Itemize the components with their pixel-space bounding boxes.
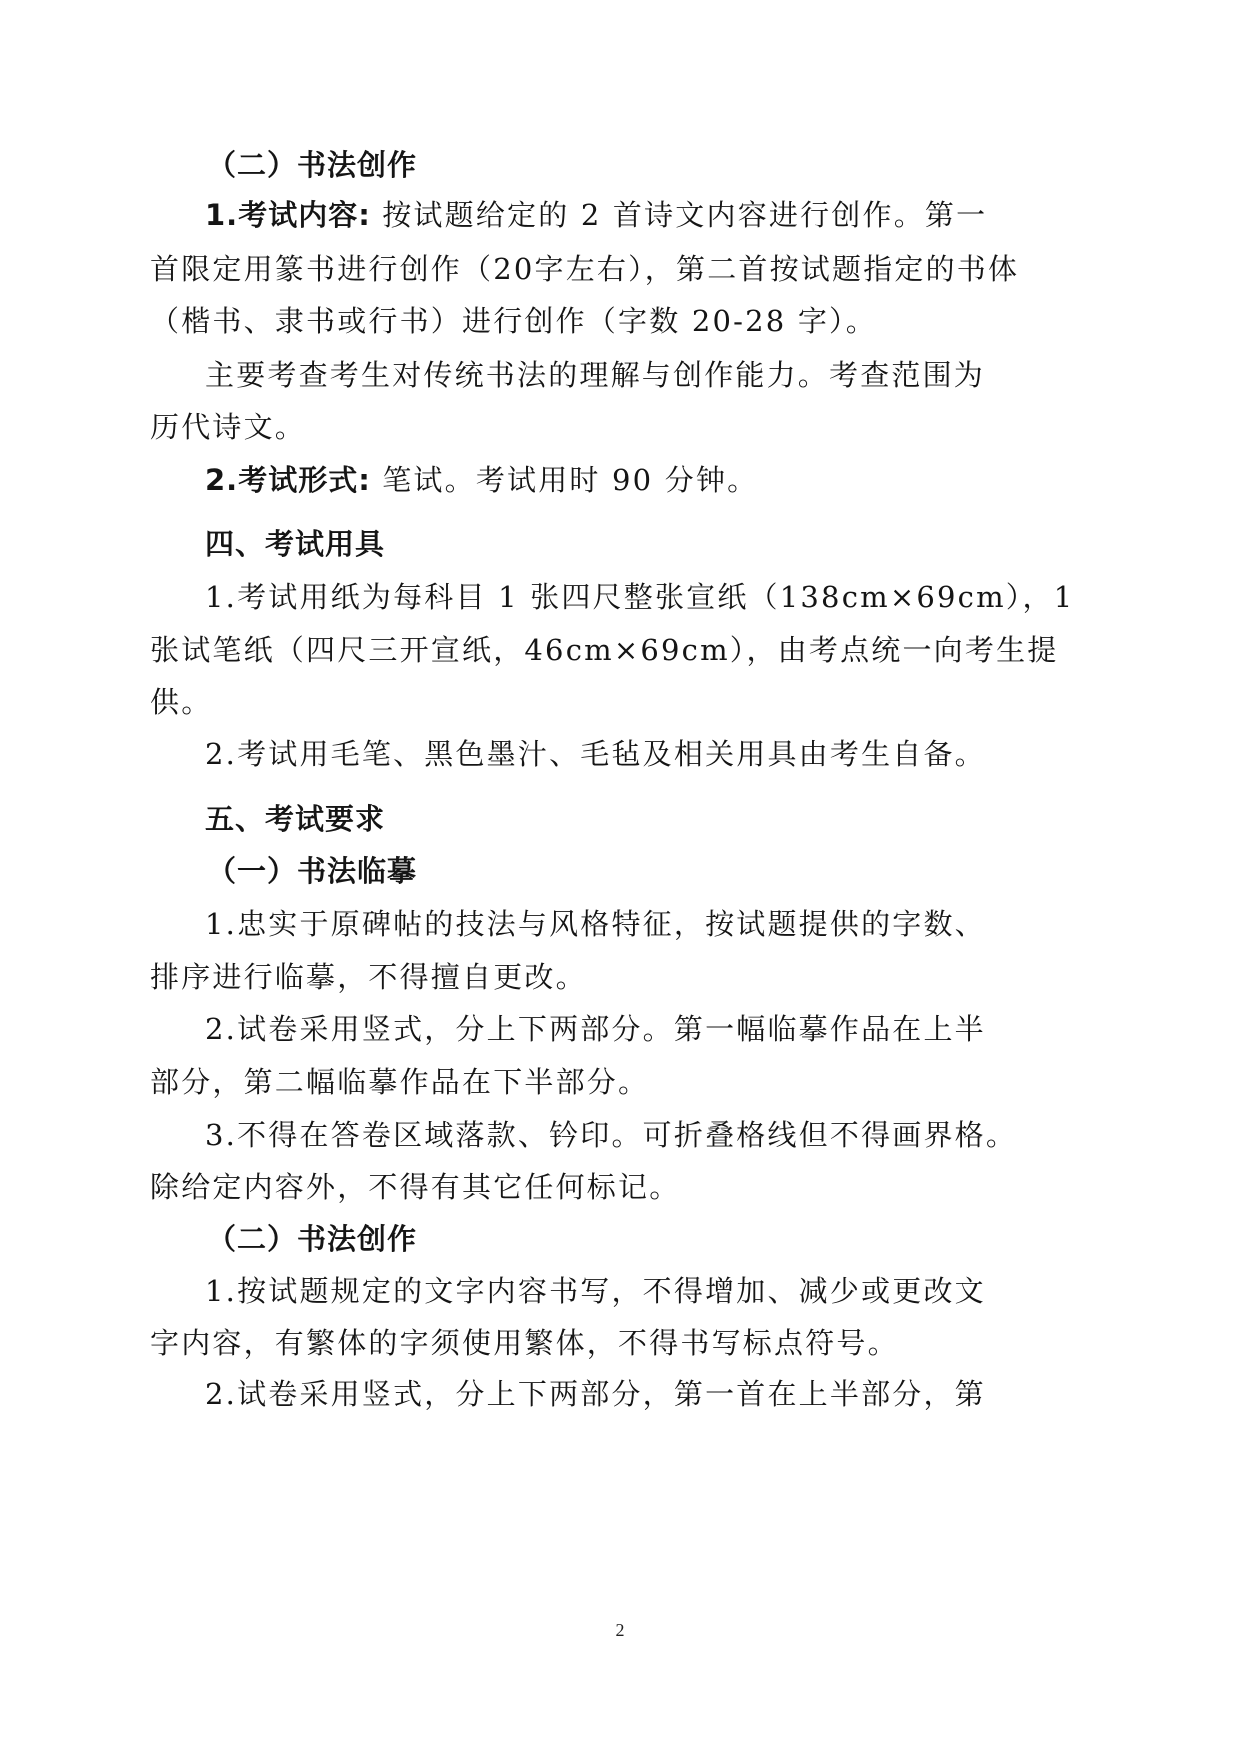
section-heading-exam-tools: 四、考试用具 (205, 522, 965, 566)
label-exam-format: 2.考试形式: (205, 463, 371, 497)
page-number: 2 (600, 1620, 640, 1641)
paragraph-copy-rule-2-line-2: 部分，第二幅临摹作品在下半部分。 (150, 1060, 965, 1104)
paragraph-exam-content-line-1: 1.考试内容: 按试题给定的 2 首诗文内容进行创作。第一 (205, 193, 965, 237)
paragraph-create-rule-2-line-1: 2.试卷采用竖式，分上下两部分，第一首在上半部分，第 (205, 1372, 965, 1416)
paragraph-exam-scope-line-1: 主要考查考生对传统书法的理解与创作能力。考查范围为 (205, 353, 965, 397)
subsection-heading-calligraphy-creation: （二）书法创作 (207, 1217, 1022, 1261)
label-exam-content: 1.考试内容: (205, 198, 371, 232)
paragraph-exam-content-line-2: 首限定用篆书进行创作（20字左右），第二首按试题指定的书体 (150, 247, 965, 291)
paragraph-copy-rule-1-line-2: 排序进行临摹，不得擅自更改。 (150, 955, 965, 999)
paragraph-paper-line-2: 张试笔纸（四尺三开宣纸，46cm×69cm），由考点统一向考生提 (150, 628, 965, 672)
subsection-heading-calligraphy-copying: （一）书法临摹 (207, 849, 1022, 893)
document-page: （二）书法创作 1.考试内容: 按试题给定的 2 首诗文内容进行创作。第一 首限… (0, 0, 1240, 1753)
paragraph-exam-scope-line-2: 历代诗文。 (150, 405, 965, 449)
paragraph-copy-rule-3-line-2: 除给定内容外，不得有其它任何标记。 (150, 1165, 965, 1209)
text-exam-content: 按试题给定的 2 首诗文内容进行创作。第一 (371, 198, 988, 232)
paragraph-create-rule-1-line-2: 字内容，有繁体的字须使用繁体，不得书写标点符号。 (150, 1321, 965, 1365)
paragraph-paper-line-1: 1.考试用纸为每科目 1 张四尺整张宣纸（138cm×69cm），1 (205, 575, 965, 619)
paragraph-brush-ink: 2.考试用毛笔、黑色墨汁、毛毡及相关用具由考生自备。 (205, 732, 965, 776)
paragraph-exam-content-line-3: （楷书、隶书或行书）进行创作（字数 20-28 字）。 (150, 299, 965, 343)
paragraph-exam-format: 2.考试形式: 笔试。考试用时 90 分钟。 (205, 458, 965, 502)
paragraph-paper-line-3: 供。 (150, 680, 965, 724)
section-heading-exam-requirements: 五、考试要求 (205, 797, 965, 841)
paragraph-copy-rule-1-line-1: 1.忠实于原碑帖的技法与风格特征，按试题提供的字数、 (205, 902, 965, 946)
paragraph-create-rule-1-line-1: 1.按试题规定的文字内容书写，不得增加、减少或更改文 (205, 1269, 965, 1313)
text-exam-format: 笔试。考试用时 90 分钟。 (371, 463, 759, 497)
paragraph-copy-rule-2-line-1: 2.试卷采用竖式，分上下两部分。第一幅临摹作品在上半 (205, 1007, 965, 1051)
paragraph-copy-rule-3-line-1: 3.不得在答卷区域落款、钤印。可折叠格线但不得画界格。 (205, 1113, 965, 1157)
section-heading-calligraphy-creation: （二）书法创作 (207, 143, 1022, 187)
